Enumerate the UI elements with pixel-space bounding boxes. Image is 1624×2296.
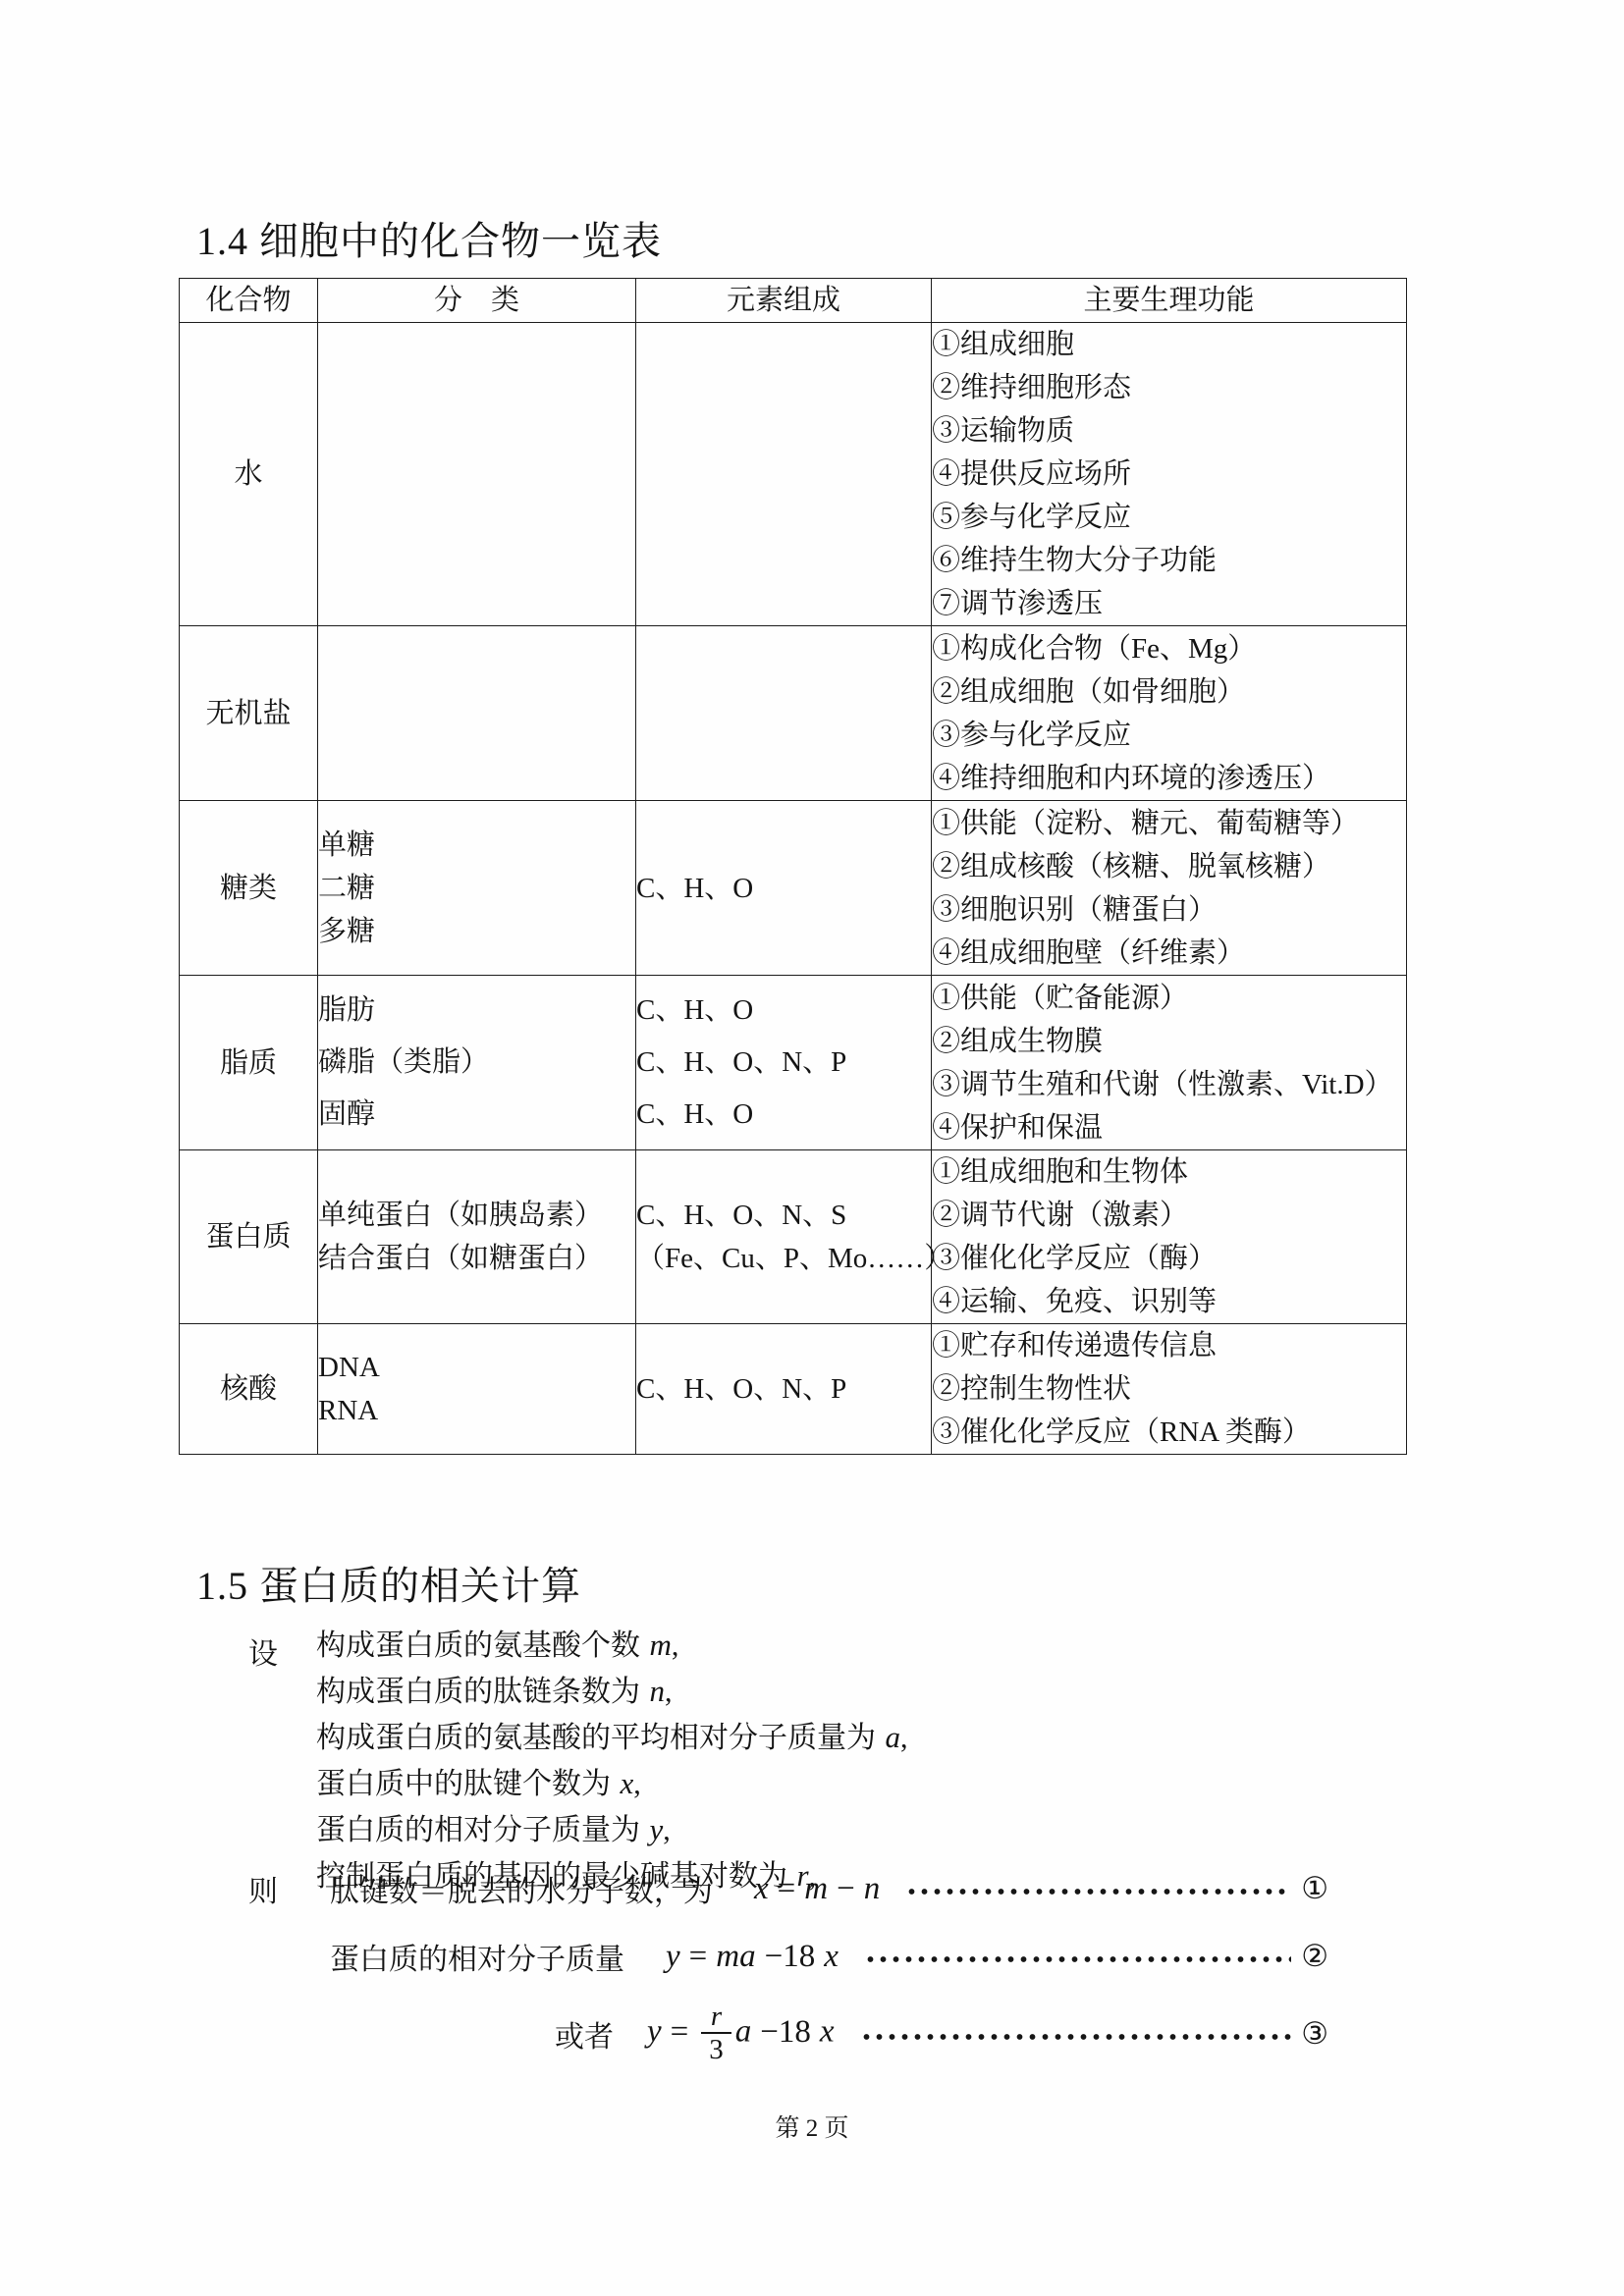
- classification-cell: 单纯蛋白（如胰岛素） 结合蛋白（如糖蛋白）: [318, 1150, 636, 1324]
- formula-label: 或者: [555, 2012, 614, 2056]
- classification-line: 脂肪: [318, 985, 635, 1037]
- classification-line: DNA: [318, 1346, 635, 1389]
- table-row-sugar: 糖类 单糖 二糖 多糖 C、H、O ①供能（淀粉、糖元、葡萄糖等） ②组成核酸（…: [180, 801, 1407, 976]
- assumption-line: 构成蛋白质的肽链条数为 n,: [316, 1668, 908, 1714]
- function-line: ①供能（淀粉、糖元、葡萄糖等）: [932, 802, 1406, 845]
- header-elements: 元素组成: [636, 279, 932, 323]
- table-row-protein: 蛋白质 单纯蛋白（如胰岛素） 结合蛋白（如糖蛋白） C、H、O、N、S （Fe、…: [180, 1150, 1407, 1324]
- table-header-row: 化合物 分 类 元素组成 主要生理功能: [180, 279, 1407, 323]
- assumption-line: 构成蛋白质的氨基酸的平均相对分子质量为 a,: [316, 1714, 908, 1760]
- function-line: ⑦调节渗透压: [932, 582, 1406, 625]
- function-line: ④提供反应场所: [932, 453, 1406, 496]
- functions-cell: ①组成细胞和生物体 ②调节代谢（激素） ③催化化学反应（酶） ④运输、免疫、识别…: [932, 1150, 1407, 1324]
- function-line: ④运输、免疫、识别等: [932, 1280, 1406, 1323]
- assumption-line: 构成蛋白质的氨基酸个数 m,: [316, 1622, 908, 1668]
- compound-name: 核酸: [180, 1367, 317, 1411]
- elements-line: C、H、O、N、S: [636, 1194, 931, 1237]
- math-variable: n: [648, 1674, 666, 1708]
- function-line: ②调节代谢（激素）: [932, 1194, 1406, 1237]
- classification-line: 单纯蛋白（如胰岛素）: [318, 1194, 635, 1237]
- function-line: ②维持细胞形态: [932, 366, 1406, 409]
- function-line: ④保护和保温: [932, 1106, 1406, 1149]
- compound-name: 无机盐: [180, 692, 317, 735]
- classification-line: 单糖: [318, 824, 635, 867]
- formula-row-peptide-bonds: 则 肽键数＝脱去的水分子数，为 x=m−n ①: [248, 1867, 1328, 1910]
- section-1-5-heading: 1.5 蛋白质的相关计算: [196, 1555, 581, 1611]
- header-functions: 主要生理功能: [932, 279, 1407, 323]
- classification-cell: [318, 323, 636, 626]
- elements-cell: [636, 626, 932, 801]
- elements-line: C、H、O: [636, 985, 931, 1037]
- functions-cell: ①构成化合物（Fe、Mg） ②组成细胞（如骨细胞） ③参与化学反应 ④维持细胞和…: [932, 626, 1407, 801]
- functions-cell: ①组成细胞 ②维持细胞形态 ③运输物质 ④提供反应场所 ⑤参与化学反应 ⑥维持生…: [932, 323, 1407, 626]
- classification-line: 结合蛋白（如糖蛋白）: [318, 1237, 635, 1280]
- function-line: ①组成细胞: [932, 323, 1406, 366]
- elements-line: C、H、O: [636, 867, 931, 910]
- compounds-table: 化合物 分 类 元素组成 主要生理功能 水 ①组成细胞 ②维持细胞形态 ③运输物…: [179, 278, 1407, 1455]
- function-line: ①构成化合物（Fe、Mg）: [932, 627, 1406, 670]
- equation-number: ②: [1301, 1939, 1328, 1974]
- header-classification: 分 类: [318, 279, 636, 323]
- function-line: ③参与化学反应: [932, 714, 1406, 757]
- set-label: 设: [248, 1629, 278, 1673]
- function-line: ③运输物质: [932, 409, 1406, 453]
- elements-cell: C、H、O、N、S （Fe、Cu、P、Mo……）: [636, 1150, 932, 1324]
- header-compound: 化合物: [180, 279, 318, 323]
- formula-label: 蛋白质的相对分子质量: [330, 1935, 624, 1978]
- formula-expression: x=m−n: [754, 1871, 880, 1907]
- classification-line: RNA: [318, 1389, 635, 1432]
- equation-number: ①: [1301, 1871, 1328, 1906]
- compound-name: 脂质: [180, 1041, 317, 1085]
- compound-name: 蛋白质: [180, 1215, 317, 1258]
- elements-line: C、H、O、N、P: [636, 1367, 931, 1411]
- function-line: ①贮存和传递遗传信息: [932, 1324, 1406, 1367]
- math-variable: y: [648, 1812, 664, 1846]
- dotted-leader: [860, 2033, 1292, 2041]
- classification-line: 磷脂（类脂）: [318, 1037, 635, 1089]
- classification-cell: 单糖 二糖 多糖: [318, 801, 636, 976]
- math-variable: a: [884, 1720, 901, 1754]
- function-line: ③细胞识别（糖蛋白）: [932, 888, 1406, 932]
- formula-row-molecular-mass: 蛋白质的相对分子质量 y=ma−18x ②: [330, 1935, 1328, 1978]
- elements-cell: C、H、O C、H、O、N、P C、H、O: [636, 976, 932, 1150]
- function-line: ④维持细胞和内环境的渗透压）: [932, 757, 1406, 800]
- function-line: ⑥维持生物大分子功能: [932, 539, 1406, 582]
- elements-cell: C、H、O: [636, 801, 932, 976]
- classification-cell: DNA RNA: [318, 1324, 636, 1455]
- classification-line: 二糖: [318, 867, 635, 910]
- compound-name: 水: [180, 453, 317, 496]
- math-variable: m: [648, 1628, 672, 1662]
- elements-cell: C、H、O、N、P: [636, 1324, 932, 1455]
- assumption-line: 蛋白质中的肽键个数为 x,: [316, 1760, 908, 1806]
- page-number: 第 2 页: [0, 2109, 1624, 2144]
- classification-line: 固醇: [318, 1089, 635, 1141]
- function-line: ④组成细胞壁（纤维素）: [932, 932, 1406, 975]
- formula-expression: y=r3a−18x: [647, 2002, 835, 2066]
- section-1-4-heading: 1.4 细胞中的化合物一览表: [196, 210, 662, 266]
- table-row-lipid: 脂质 脂肪 磷脂（类脂） 固醇 C、H、O C、H、O、N、P C、H、O ①供…: [180, 976, 1407, 1150]
- fraction: r3: [701, 2002, 731, 2066]
- function-line: ②控制生物性状: [932, 1367, 1406, 1411]
- functions-cell: ①贮存和传递遗传信息 ②控制生物性状 ③催化化学反应（RNA 类酶）: [932, 1324, 1407, 1455]
- function-line: ③调节生殖和代谢（性激素、Vit.D）: [932, 1063, 1406, 1106]
- classification-cell: [318, 626, 636, 801]
- elements-line: C、H、O: [636, 1089, 931, 1141]
- formula-label: 肽键数＝脱去的水分子数，为: [330, 1867, 713, 1910]
- equation-number: ③: [1301, 2016, 1328, 2052]
- formula-row-alternative: 或者 y=r3a−18x ③: [555, 2001, 1328, 2067]
- function-line: ②组成核酸（核糖、脱氧核糖）: [932, 845, 1406, 888]
- compound-name: 糖类: [180, 867, 317, 910]
- formula-expression: y=ma−18x: [666, 1939, 839, 1975]
- function-line: ③催化化学反应（RNA 类酶）: [932, 1411, 1406, 1454]
- elements-cell: [636, 323, 932, 626]
- classification-line: 多糖: [318, 910, 635, 953]
- function-line: ②组成生物膜: [932, 1020, 1406, 1063]
- dotted-leader: [864, 1955, 1291, 1963]
- assumptions-block: 构成蛋白质的氨基酸个数 m, 构成蛋白质的肽链条数为 n, 构成蛋白质的氨基酸的…: [316, 1622, 908, 1898]
- table-row-nucleic-acid: 核酸 DNA RNA C、H、O、N、P ①贮存和传递遗传信息 ②控制生物性状 …: [180, 1324, 1407, 1455]
- dotted-leader: [905, 1888, 1291, 1896]
- assumption-line: 蛋白质的相对分子质量为 y,: [316, 1806, 908, 1852]
- function-line: ①组成细胞和生物体: [932, 1150, 1406, 1194]
- function-line: ③催化化学反应（酶）: [932, 1237, 1406, 1280]
- elements-line: C、H、O、N、P: [636, 1037, 931, 1089]
- function-line: ①供能（贮备能源）: [932, 977, 1406, 1020]
- table-row-water: 水 ①组成细胞 ②维持细胞形态 ③运输物质 ④提供反应场所 ⑤参与化学反应 ⑥维…: [180, 323, 1407, 626]
- then-label: 则: [248, 1867, 278, 1910]
- functions-cell: ①供能（淀粉、糖元、葡萄糖等） ②组成核酸（核糖、脱氧核糖） ③细胞识别（糖蛋白…: [932, 801, 1407, 976]
- math-variable: x: [619, 1766, 634, 1800]
- functions-cell: ①供能（贮备能源） ②组成生物膜 ③调节生殖和代谢（性激素、Vit.D） ④保护…: [932, 976, 1407, 1150]
- function-line: ②组成细胞（如骨细胞）: [932, 670, 1406, 714]
- table-row-inorganic-salt: 无机盐 ①构成化合物（Fe、Mg） ②组成细胞（如骨细胞） ③参与化学反应 ④维…: [180, 626, 1407, 801]
- function-line: ⑤参与化学反应: [932, 496, 1406, 539]
- classification-cell: 脂肪 磷脂（类脂） 固醇: [318, 976, 636, 1150]
- elements-line: （Fe、Cu、P、Mo……）: [636, 1237, 931, 1280]
